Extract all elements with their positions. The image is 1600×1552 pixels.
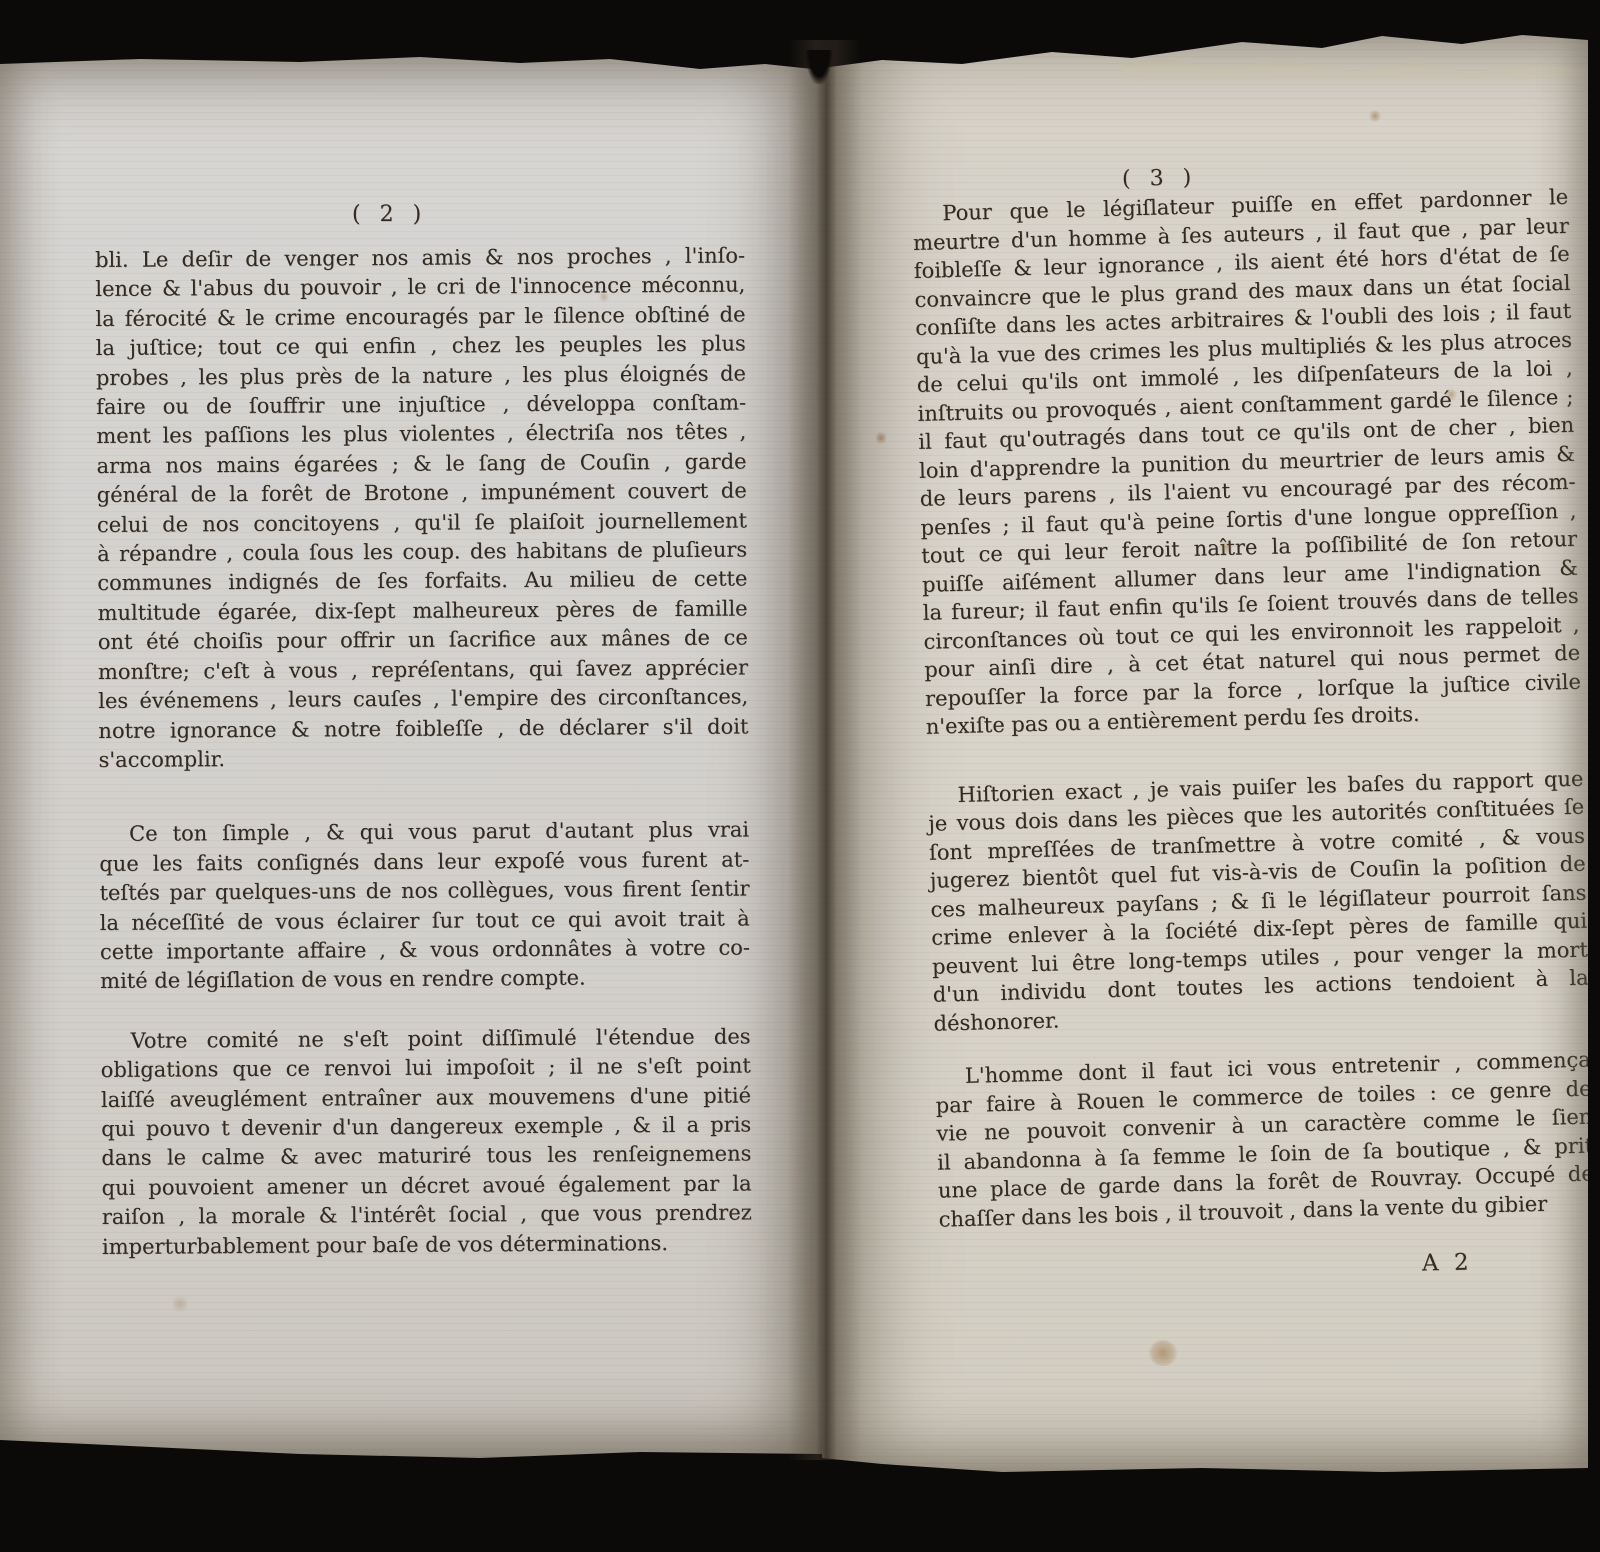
left-text-column: bli. Le deſir de venger nos amis & nos p… <box>95 241 752 1262</box>
paragraph: Ce ton ſimple , & qui vous parut d'autan… <box>99 816 750 997</box>
text-line: faire ou de ſouffrir une injuſtice , dév… <box>96 388 746 422</box>
text-line: communes indignés de ſes forfaits. Au mi… <box>97 565 747 599</box>
text-line: ment les paſſions les plus violentes , é… <box>96 418 746 452</box>
paragraph: Hiſtorien exact , je vais puiſer les baſ… <box>927 764 1589 1038</box>
text-line: que les faits conſignés dans leur expoſé… <box>99 845 749 879</box>
text-line: Ce ton ſimple , & qui vous parut d'autan… <box>99 816 749 850</box>
text-line: à répandre , coula ſous les coup. des ha… <box>97 536 747 570</box>
text-line: raiſon , la morale & l'intérêt ſocial , … <box>102 1199 752 1233</box>
text-line: qui pouvoient amener un décret avoué éga… <box>101 1169 751 1203</box>
text-line: lence & l'abus du pouvoir , le cri de l'… <box>95 271 745 305</box>
paragraph: bli. Le deſir de venger nos amis & nos p… <box>95 241 749 775</box>
text-line: celui de nos concitoyens , qu'il ſe plai… <box>97 506 747 540</box>
text-line: imperturbablement pour baſe de vos déter… <box>102 1228 752 1262</box>
paragraph: Pour que le légiſlateur puiſſe en effet … <box>912 183 1582 741</box>
text-line: s'accomplir. <box>98 741 748 775</box>
text-line: la juſtice; tout ce qui enfin , chez les… <box>96 330 746 364</box>
text-line: obligations que ce renvoi lui impoſoit ;… <box>101 1052 751 1086</box>
text-line: monſtre; c'eſt à vous , repréſentans, qu… <box>98 653 748 687</box>
text-line: la néceſſité de vous éclairer ſur tout c… <box>100 904 750 938</box>
right-text-column: Pour que le légiſlateur puiſſe en effet … <box>912 183 1595 1234</box>
page-number-right: ( 3 ) <box>1122 165 1198 192</box>
text-line: bli. Le deſir de venger nos amis & nos p… <box>95 241 745 275</box>
right-page: ( 3 ) Pour que le légiſlateur puiſſe en … <box>822 28 1588 1474</box>
text-line: Votre comité ne s'eſt point diſſimulé l'… <box>100 1022 750 1056</box>
signature-mark: A 2 <box>1422 1249 1473 1276</box>
text-line: teſtés par quelques-uns de nos collègues… <box>99 875 749 909</box>
text-line: laiſſé aveuglément entraîner aux mouveme… <box>101 1081 751 1115</box>
torn-page-edge <box>1122 54 1588 86</box>
gutter-notch <box>806 50 832 84</box>
text-line: dans le calme & avec maturiré tous les r… <box>101 1140 751 1174</box>
text-line: cette importante affaire , & vous ordonn… <box>100 933 750 967</box>
page-number-left: ( 2 ) <box>352 202 427 227</box>
text-line: mité de légiſlation de vous en rendre co… <box>100 963 750 997</box>
text-line: arma nos mains égarées ; & le ſang de Co… <box>96 447 746 481</box>
paragraph: Votre comité ne s'eſt point diſſimulé l'… <box>100 1022 752 1262</box>
text-line: multitude égarée, dix-ſept malheureux pè… <box>97 594 747 628</box>
text-line: probes , les plus près de la nature , le… <box>96 359 746 393</box>
text-line: ont été choiſis pour offrir un ſacrifice… <box>98 624 748 658</box>
left-page: ( 2 ) bli. Le deſir de venger nos amis &… <box>0 56 822 1458</box>
text-line: qui pouvo t devenir d'un dangereux exemp… <box>101 1110 751 1144</box>
paragraph: L'homme dont il faut ici vous entretenir… <box>935 1046 1595 1234</box>
book-spread-photo: ( 2 ) bli. Le deſir de venger nos amis &… <box>0 0 1600 1552</box>
text-line: général de la forêt de Brotone , impuném… <box>97 477 747 511</box>
text-line: notre ignorance & notre foibleſſe , de d… <box>98 712 748 746</box>
text-line: les événemens , leurs cauſes , l'empire … <box>98 683 748 717</box>
text-line: la férocité & le crime encouragés par le… <box>95 300 745 334</box>
